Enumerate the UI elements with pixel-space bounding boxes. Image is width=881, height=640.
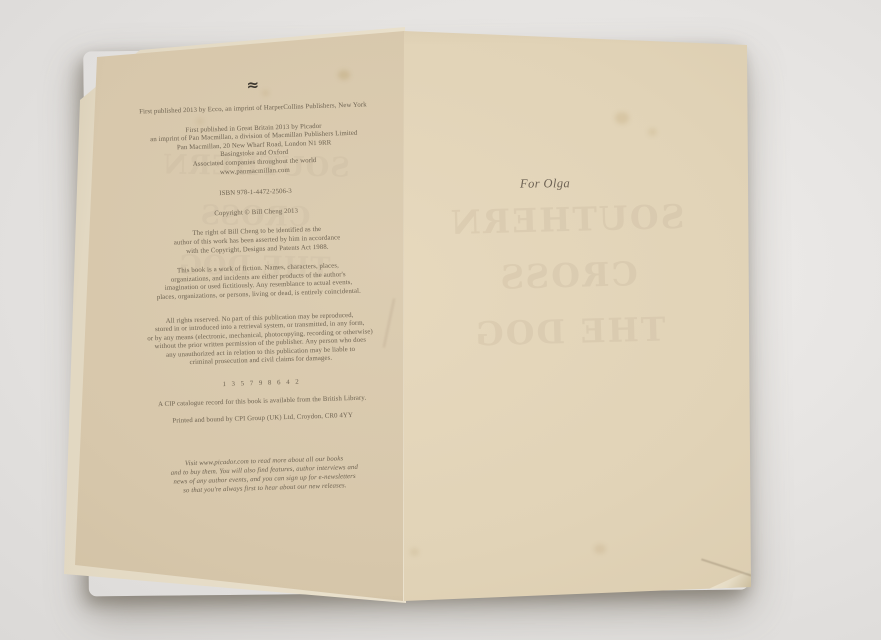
show-through-line: SOUTHERN [446, 189, 687, 251]
show-through-line: THE DOG [449, 301, 690, 363]
paper-stain [648, 128, 657, 136]
copyright-line: Copyright © Bill Cheng 2013 [136, 205, 376, 221]
pan-macmillan-double-wave-icon: ≈ [132, 74, 372, 96]
us-imprint-line: First published 2013 by Ecco, an imprint… [133, 101, 373, 117]
paper-stain [615, 112, 629, 124]
cip-record-line: A CIP catalogue record for this book is … [142, 394, 382, 410]
printers-key-line: 1 3 5 7 9 8 6 4 2 [142, 376, 382, 392]
moral-rights-block: The right of Bill Cheng to be identified… [137, 225, 378, 258]
paper-stain [594, 544, 606, 554]
fiction-disclaimer-block: This book is a work of fiction. Names, c… [138, 261, 379, 303]
show-through-title-right: SOUTHERNCROSSTHE DOG [446, 189, 690, 363]
isbn-line: ISBN 978-1-4472-2506-3 [136, 185, 376, 201]
rights-reserved-block: All rights reserved. No part of this pub… [139, 311, 381, 370]
page-corner-fold-crease [701, 558, 755, 577]
photo-backdrop: SOUTHERNCROSSTHE DOG ≈ First published 2… [0, 0, 881, 640]
copyright-colophon: ≈ First published 2013 by Ecco, an impri… [132, 74, 385, 497]
picador-promo-block: Visit www.picador.com to read more about… [144, 453, 385, 497]
paper-stain [338, 70, 350, 80]
paper-stain [262, 90, 269, 96]
paper-stain [196, 118, 204, 125]
dedication-text: For Olga [520, 175, 650, 191]
uk-publication-block: First published in Great Britain 2013 by… [134, 121, 376, 180]
page-crease [383, 298, 395, 347]
printer-line: Printed and bound by CPI Group (UK) Ltd,… [143, 411, 383, 427]
show-through-line: CROSS [447, 245, 688, 307]
paper-stain [410, 548, 419, 556]
